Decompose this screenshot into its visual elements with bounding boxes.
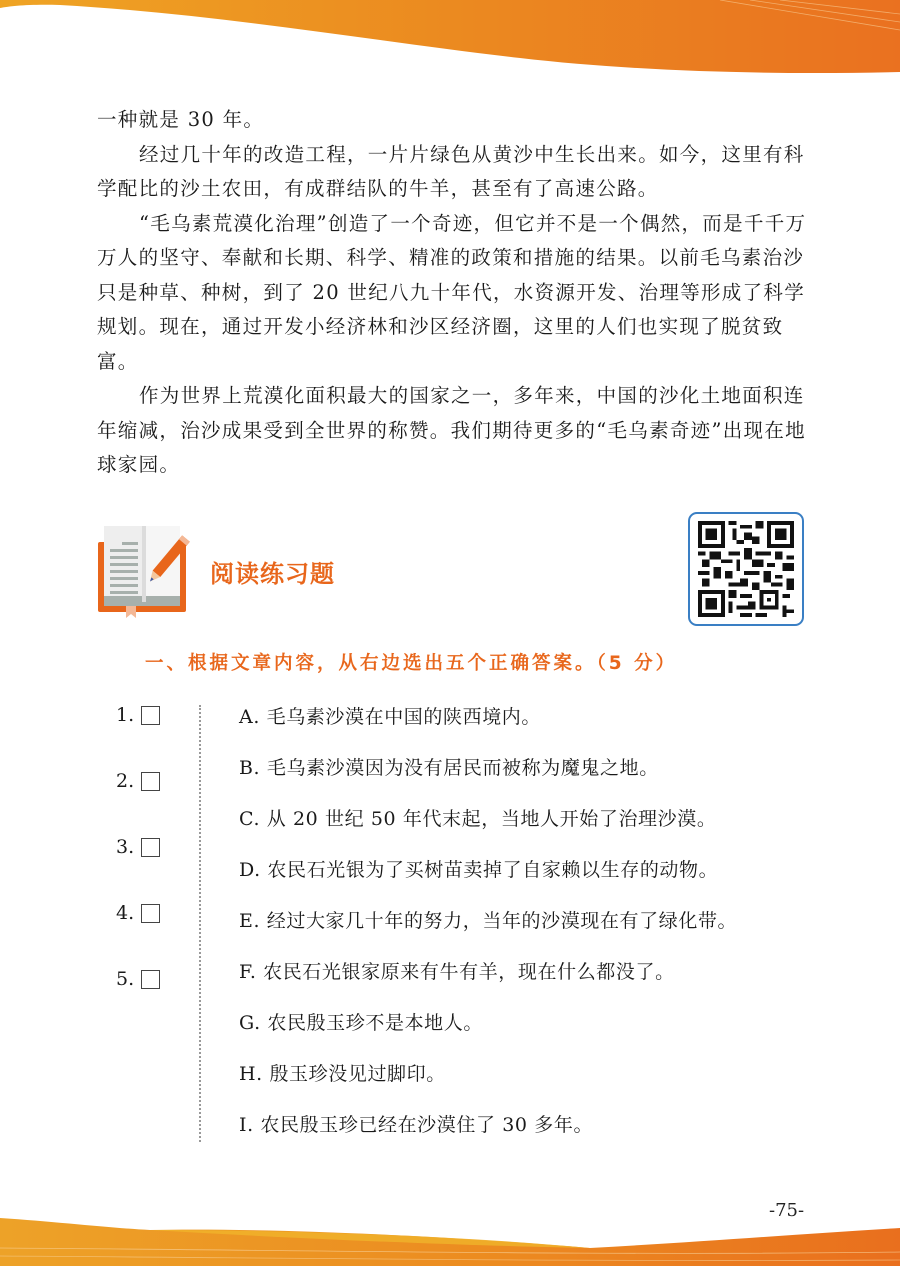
option-list: A. 毛乌素沙漠在中国的陕西境内。 B. 毛乌素沙漠因为没有居民而被称为魔鬼之地…: [239, 702, 809, 1161]
exercise-instruction: 一、根据文章内容，从右边选出五个正确答案。（5 分）: [145, 649, 677, 675]
answer-slot-5[interactable]: 5.: [116, 968, 176, 1034]
answer-slot-label: 2.: [116, 770, 138, 792]
answer-checkbox[interactable]: [141, 838, 160, 857]
qr-code[interactable]: [688, 512, 804, 626]
article-paragraph-4: 作为世界上荒漠化面积最大的国家之一，多年来，中国的沙化土地面积连年缩减，治沙成果…: [97, 379, 807, 483]
article-paragraph-2: 经过几十年的改造工程，一片片绿色从黄沙中生长出来。如今，这里有科学配比的沙土农田…: [97, 138, 807, 207]
answer-slots: 1. 2. 3. 4. 5.: [116, 704, 176, 1034]
article-paragraph-3: “毛乌素荒漠化治理”创造了一个奇迹，但它并不是一个偶然，而是千千万万人的坚守、奉…: [97, 207, 807, 380]
option-a: A. 毛乌素沙漠在中国的陕西境内。: [239, 702, 809, 753]
answer-slot-label: 1.: [116, 704, 138, 726]
option-h: H. 殷玉珍没见过脚印。: [239, 1059, 809, 1110]
answer-checkbox[interactable]: [141, 706, 160, 725]
reading-exercise-header: 阅读练习题: [96, 520, 396, 620]
option-c: C. 从 20 世纪 50 年代末起，当地人开始了治理沙漠。: [239, 804, 809, 855]
answer-checkbox[interactable]: [141, 970, 160, 989]
answer-slot-3[interactable]: 3.: [116, 836, 176, 902]
qr-code-icon: [697, 521, 795, 617]
option-g: G. 农民殷玉珍不是本地人。: [239, 1008, 809, 1059]
header-wave-decoration: [0, 0, 900, 80]
option-i: I. 农民殷玉珍已经在沙漠住了 30 多年。: [239, 1110, 809, 1161]
article-paragraph-1: 一种就是 30 年。: [97, 103, 807, 138]
option-e: E. 经过大家几十年的努力，当年的沙漠现在有了绿化带。: [239, 906, 809, 957]
book-pencil-icon: [96, 520, 191, 620]
answer-slot-2[interactable]: 2.: [116, 770, 176, 836]
footer-wave-decoration: [0, 1206, 900, 1266]
answer-checkbox[interactable]: [141, 772, 160, 791]
answer-checkbox[interactable]: [141, 904, 160, 923]
answer-slot-label: 3.: [116, 836, 138, 858]
answer-slot-1[interactable]: 1.: [116, 704, 176, 770]
answer-slot-label: 5.: [116, 968, 138, 990]
dotted-divider: [199, 705, 201, 1142]
answer-slot-label: 4.: [116, 902, 138, 924]
article-body: 一种就是 30 年。 经过几十年的改造工程，一片片绿色从黄沙中生长出来。如今，这…: [97, 103, 807, 483]
option-f: F. 农民石光银家原来有牛有羊，现在什么都没了。: [239, 957, 809, 1008]
option-b: B. 毛乌素沙漠因为没有居民而被称为魔鬼之地。: [239, 753, 809, 804]
answer-slot-4[interactable]: 4.: [116, 902, 176, 968]
section-title: 阅读练习题: [210, 554, 335, 589]
option-d: D. 农民石光银为了买树苗卖掉了自家赖以生存的动物。: [239, 855, 809, 906]
